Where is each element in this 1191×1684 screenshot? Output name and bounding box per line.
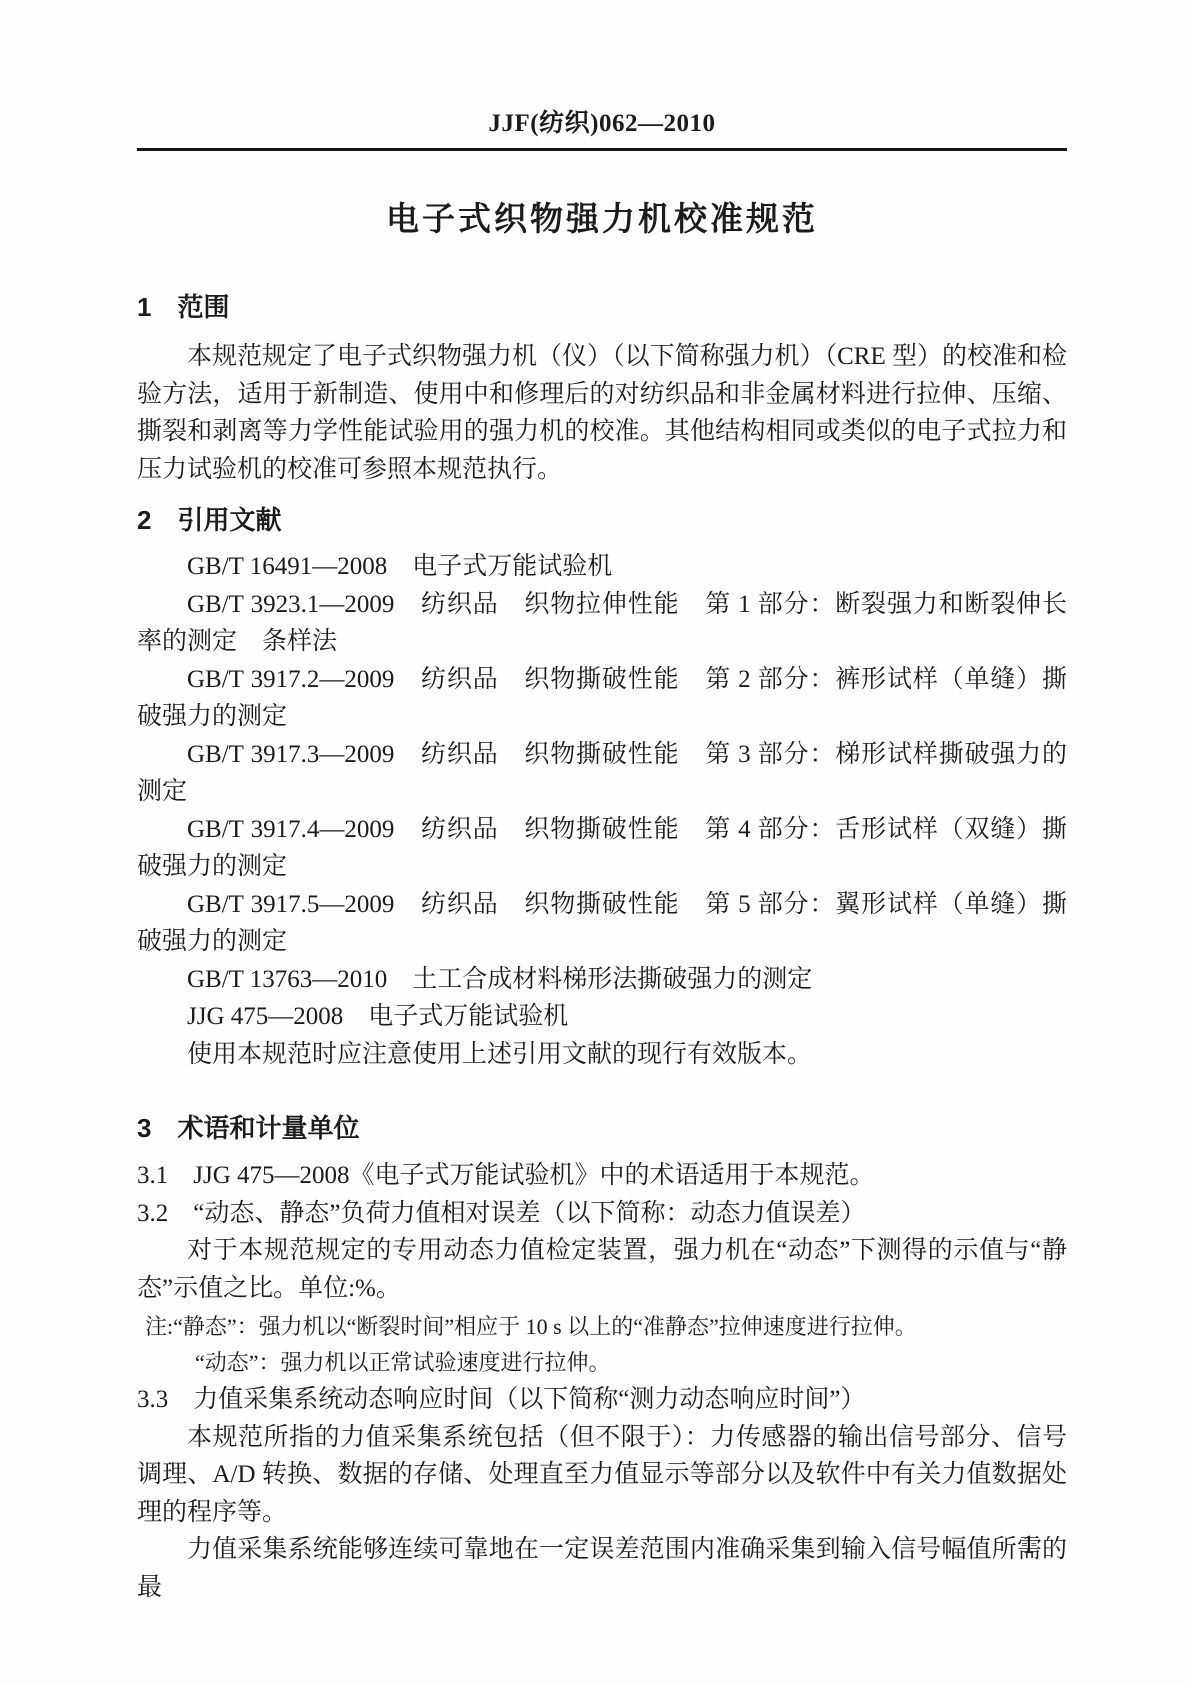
section-2-heading: 2引用文献: [137, 505, 1067, 535]
clause-3-2-note: 注:“静态”：强力机以“断裂时间”相应于 10 s 以上的“准静态”拉伸速度进行…: [137, 1309, 1067, 1381]
clause-3-1: 3.1 JJG 475—2008《电子式万能试验机》中的术语适用于本规范。: [137, 1157, 1067, 1195]
section-3-number: 3: [137, 1113, 151, 1143]
reference-item: GB/T 3923.1—2009 纺织品 织物拉伸性能 第 1 部分：断裂强力和…: [137, 586, 1067, 661]
reference-item: GB/T 3917.4—2009 纺织品 织物撕破性能 第 4 部分：舌形试样（…: [137, 811, 1067, 886]
section-2-number: 2: [137, 505, 151, 535]
page-number: 1: [1022, 1530, 1035, 1560]
section-2-closing: 使用本规范时应注意使用上述引用文献的现行有效版本。: [137, 1036, 1067, 1074]
reference-item: GB/T 13763—2010 土工合成材料梯形法撕破强力的测定: [137, 961, 1067, 999]
section-3-title: 术语和计量单位: [177, 1113, 359, 1143]
section-2-title: 引用文献: [177, 505, 281, 535]
clause-3-3-title: 3.3 力值采集系统动态响应时间（以下简称“测力动态响应时间”）: [137, 1381, 1067, 1419]
page-content: JJF(纺织)062—2010 电子式织物强力机校准规范 1范围 本规范规定了电…: [137, 0, 1067, 1606]
clause-3-3-paragraph-2: 力值采集系统能够连续可靠地在一定误差范围内准确采集到输入信号幅值所需的最: [137, 1531, 1067, 1606]
doc-code-header: JJF(纺织)062—2010: [137, 0, 1067, 139]
reference-item: GB/T 16491—2008 电子式万能试验机: [137, 548, 1067, 586]
section-1-heading: 1范围: [137, 292, 1067, 322]
reference-list: GB/T 16491—2008 电子式万能试验机 GB/T 3923.1—200…: [137, 548, 1067, 1073]
document-page: JJF(纺织)062—2010 电子式织物强力机校准规范 1范围 本规范规定了电…: [0, 0, 1191, 1684]
section-1-number: 1: [137, 292, 151, 322]
reference-item: GB/T 3917.2—2009 纺织品 织物撕破性能 第 2 部分：裤形试样（…: [137, 661, 1067, 736]
note-line-dynamic: “动态”：强力机以正常试验速度进行拉伸。: [195, 1345, 1067, 1381]
header-rule: [137, 148, 1067, 151]
reference-item: GB/T 3917.3—2009 纺织品 织物撕破性能 第 3 部分：梯形试样撕…: [137, 736, 1067, 811]
section-1-title: 范围: [177, 292, 229, 322]
section-1-paragraph: 本规范规定了电子式织物强力机（仪）（以下简称强力机）（CRE 型）的校准和检验方…: [137, 338, 1067, 488]
section-3-heading: 3术语和计量单位: [137, 1113, 1067, 1143]
reference-item: GB/T 3917.5—2009 纺织品 织物撕破性能 第 5 部分：翼形试样（…: [137, 886, 1067, 961]
clause-3-3-paragraph-1: 本规范所指的力值采集系统包括（但不限于）：力传感器的输出信号部分、信号调理、A/…: [137, 1419, 1067, 1532]
clause-3-2-title: 3.2 “动态、静态”负荷力值相对误差（以下简称：动态力值误差）: [137, 1195, 1067, 1233]
clause-3-2-paragraph: 对于本规范规定的专用动态力值检定装置，强力机在“动态”下测得的示值与“静态”示值…: [137, 1232, 1067, 1307]
document-title: 电子式织物强力机校准规范: [137, 193, 1067, 240]
reference-item: JJG 475—2008 电子式万能试验机: [137, 998, 1067, 1036]
note-line-static: 注:“静态”：强力机以“断裂时间”相应于 10 s 以上的“准静态”拉伸速度进行…: [145, 1309, 1067, 1345]
